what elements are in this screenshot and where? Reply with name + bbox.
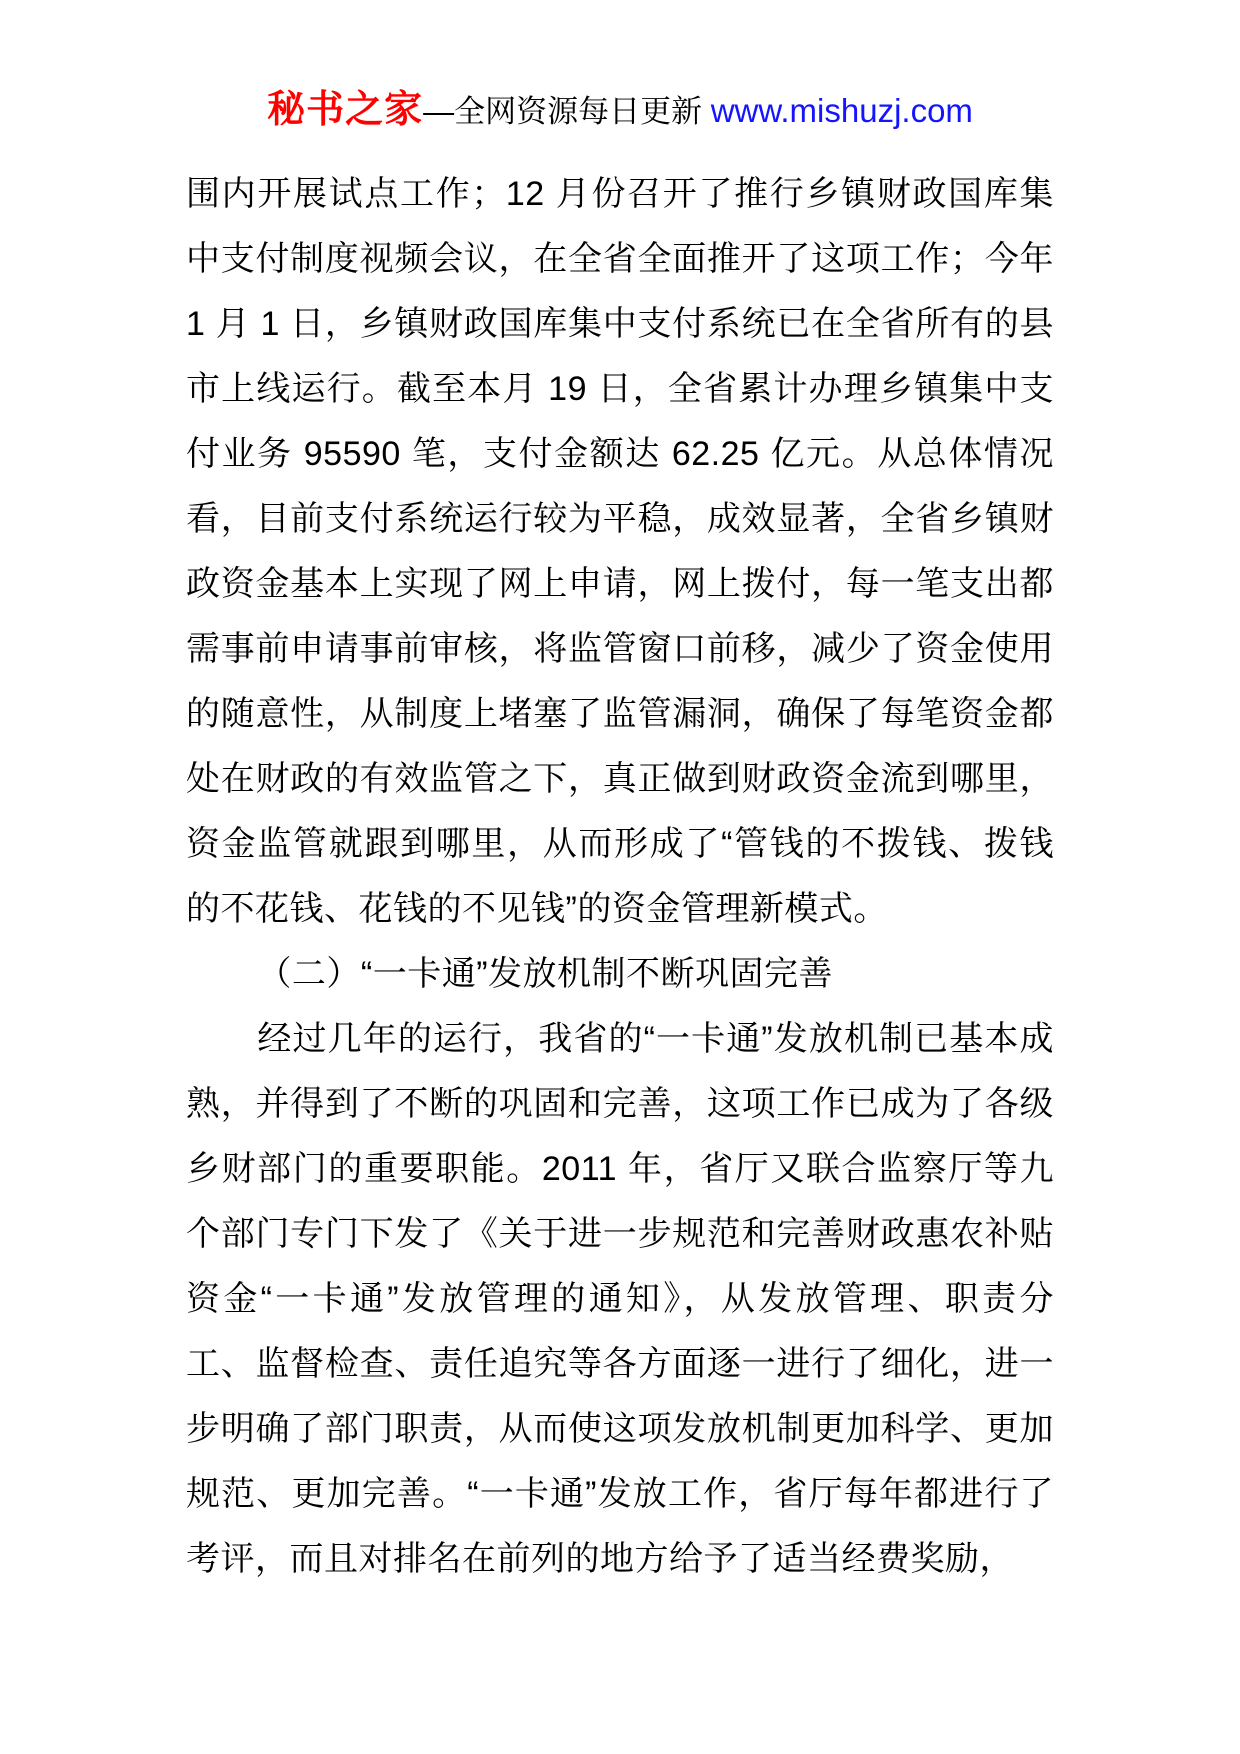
paragraph-yikatong-mechanism: 经过几年的运行，我省的“一卡通”发放机制已基本成熟，并得到了不断的巩固和完善，这… <box>186 1007 1054 1592</box>
site-tagline: —全网资源每日更新 <box>423 94 711 129</box>
site-header: 秘书之家—全网资源每日更新 www.mishuzj.com <box>0 0 1240 142</box>
site-brand: 秘书之家 <box>267 89 423 131</box>
document-body: 围内开展试点工作；12 月份召开了推行乡镇财政国库集中支付制度视频会议，在全省全… <box>186 162 1054 1592</box>
section-heading-yikatong: （二）“一卡通”发放机制不断巩固完善 <box>186 942 1054 1007</box>
document-page: 秘书之家—全网资源每日更新 www.mishuzj.com 围内开展试点工作；1… <box>0 0 1240 1754</box>
paragraph-treasury-payment: 围内开展试点工作；12 月份召开了推行乡镇财政国库集中支付制度视频会议，在全省全… <box>186 162 1054 942</box>
site-url-link[interactable]: www.mishuzj.com <box>711 92 973 129</box>
